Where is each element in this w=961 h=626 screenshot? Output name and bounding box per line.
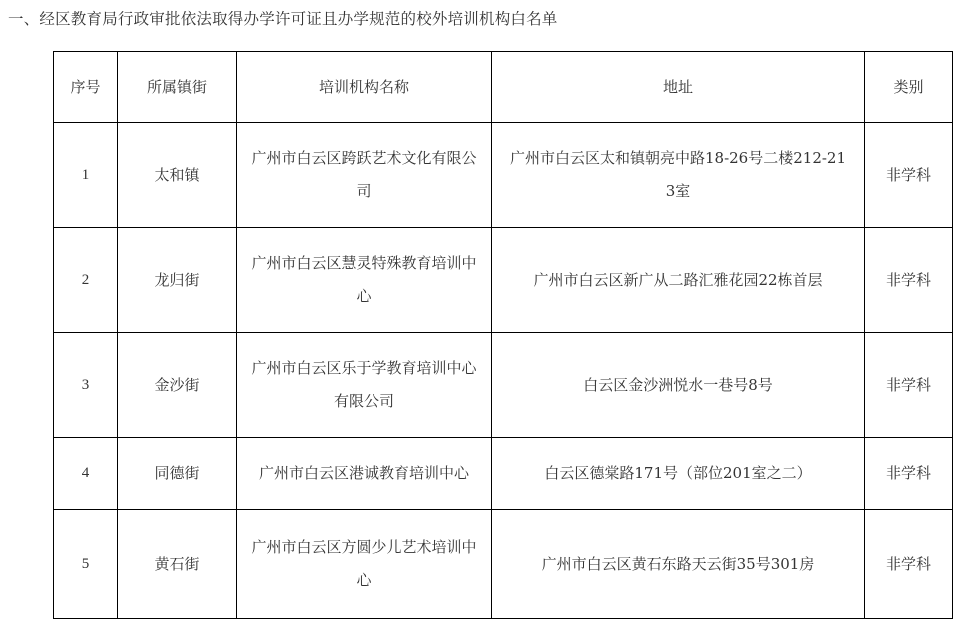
section-heading: 一、经区教育局行政审批依法取得办学许可证且办学规范的校外培训机构白名单 bbox=[8, 8, 558, 30]
cell-name: 广州市白云区跨跃艺术文化有限公司 bbox=[237, 123, 492, 228]
cell-index: 2 bbox=[54, 228, 118, 333]
column-header-name: 培训机构名称 bbox=[237, 52, 492, 123]
cell-town: 黄石街 bbox=[118, 510, 237, 619]
cell-address: 广州市白云区新广从二路汇雅花园22栋首层 bbox=[492, 228, 865, 333]
column-header-category: 类别 bbox=[865, 52, 953, 123]
cell-index: 1 bbox=[54, 123, 118, 228]
cell-category: 非学科 bbox=[865, 123, 953, 228]
cell-name: 广州市白云区慧灵特殊教育培训中心 bbox=[237, 228, 492, 333]
cell-category: 非学科 bbox=[865, 333, 953, 438]
table-row: 3 金沙街 广州市白云区乐于学教育培训中心有限公司 白云区金沙洲悦水一巷号8号 … bbox=[54, 333, 953, 438]
cell-town: 龙归街 bbox=[118, 228, 237, 333]
cell-address: 广州市白云区黄石东路天云街35号301房 bbox=[492, 510, 865, 619]
table-row: 5 黄石街 广州市白云区方圆少儿艺术培训中心 广州市白云区黄石东路天云街35号3… bbox=[54, 510, 953, 619]
cell-index: 4 bbox=[54, 438, 118, 510]
table-row: 4 同德街 广州市白云区港诚教育培训中心 白云区德棠路171号（部位201室之二… bbox=[54, 438, 953, 510]
cell-category: 非学科 bbox=[865, 510, 953, 619]
cell-index: 5 bbox=[54, 510, 118, 619]
cell-address: 白云区德棠路171号（部位201室之二） bbox=[492, 438, 865, 510]
cell-name: 广州市白云区港诚教育培训中心 bbox=[237, 438, 492, 510]
cell-address: 广州市白云区太和镇朝亮中路18-26号二楼212-213室 bbox=[492, 123, 865, 228]
cell-town: 金沙街 bbox=[118, 333, 237, 438]
table-header-row: 序号 所属镇街 培训机构名称 地址 类别 bbox=[54, 52, 953, 123]
table-row: 2 龙归街 广州市白云区慧灵特殊教育培训中心 广州市白云区新广从二路汇雅花园22… bbox=[54, 228, 953, 333]
column-header-town: 所属镇街 bbox=[118, 52, 237, 123]
whitelist-table: 序号 所属镇街 培训机构名称 地址 类别 1 太和镇 广州市白云区跨跃艺术文化有… bbox=[53, 51, 953, 619]
cell-index: 3 bbox=[54, 333, 118, 438]
cell-town: 同德街 bbox=[118, 438, 237, 510]
table-row: 1 太和镇 广州市白云区跨跃艺术文化有限公司 广州市白云区太和镇朝亮中路18-2… bbox=[54, 123, 953, 228]
cell-name: 广州市白云区方圆少儿艺术培训中心 bbox=[237, 510, 492, 619]
cell-category: 非学科 bbox=[865, 438, 953, 510]
cell-name: 广州市白云区乐于学教育培训中心有限公司 bbox=[237, 333, 492, 438]
cell-town: 太和镇 bbox=[118, 123, 237, 228]
cell-category: 非学科 bbox=[865, 228, 953, 333]
cell-address: 白云区金沙洲悦水一巷号8号 bbox=[492, 333, 865, 438]
column-header-address: 地址 bbox=[492, 52, 865, 123]
column-header-index: 序号 bbox=[54, 52, 118, 123]
